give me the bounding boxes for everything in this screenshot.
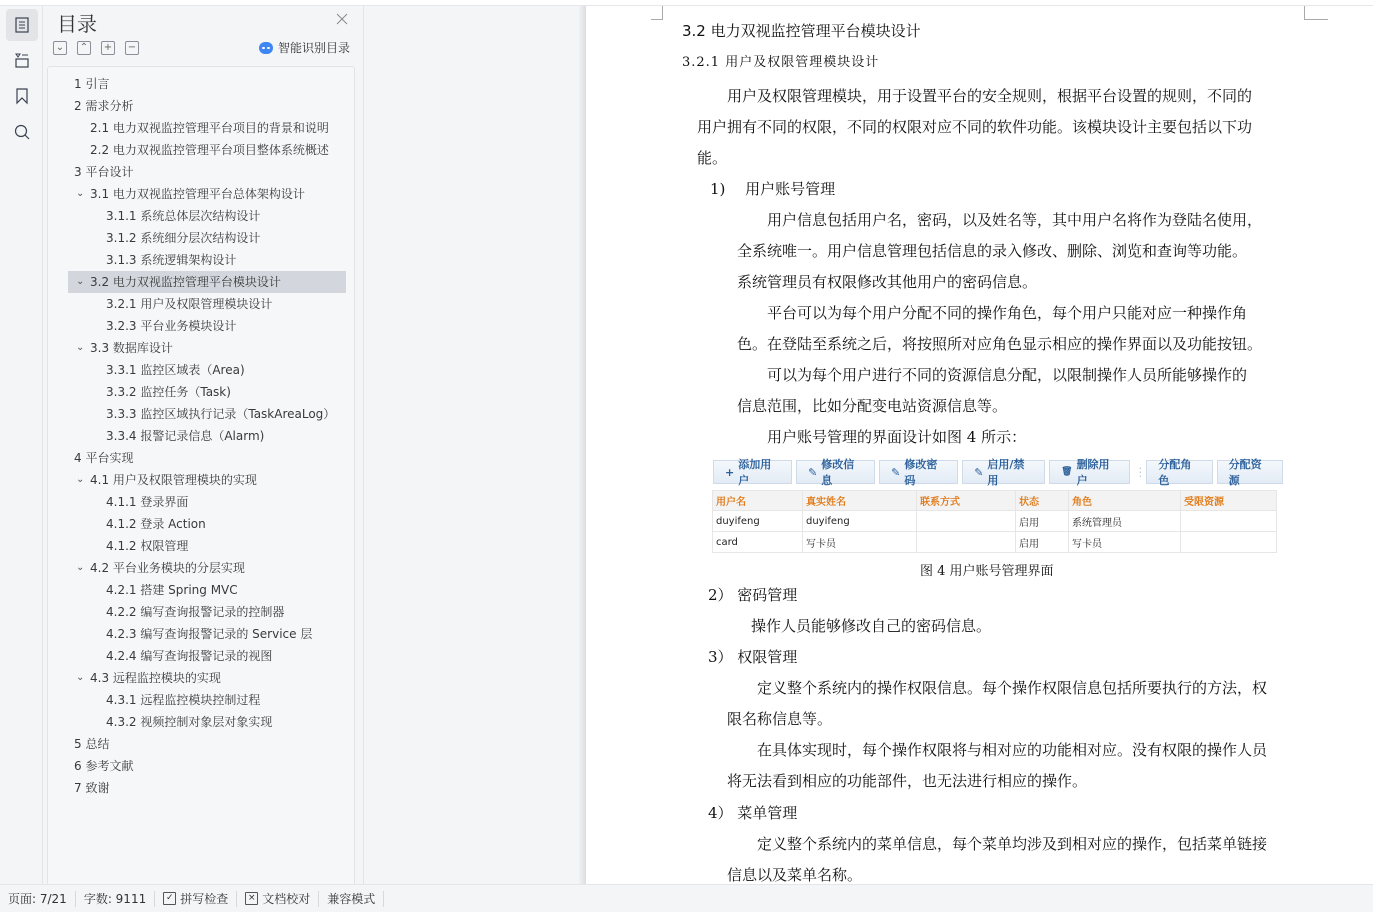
toc-panel: 目录 ⌄ ⌃ + − 智能识别目录 1 引言⌄2 需求分析2.1 电力双视监控管… (43, 6, 363, 884)
delete-user-button: 🗑删除用户 (1049, 460, 1130, 484)
assign-resource-button: 分配资源 (1217, 460, 1283, 484)
margin-corner-mark (1304, 6, 1328, 20)
section-1-paragraph-3: 可以为每个用户进行不同的资源信息分配，以限制操作人员所能够操作的 信息范围，比如… (737, 360, 1247, 422)
toc-item[interactable]: 4.3.2 视频控制对象层对象实现 (68, 711, 346, 733)
toc-item-label: 3.1 电力双视监控管理平台总体架构设计 (90, 187, 305, 201)
toc-item[interactable]: 4.2.3 编写查询报警记录的 Service 层 (68, 623, 346, 645)
section-3-title: 3） 权限管理 (708, 642, 797, 673)
section-2-paragraph: 操作人员能够修改自己的密码信息。 (721, 611, 991, 642)
chevron-down-icon[interactable]: ⌄ (76, 469, 84, 491)
toc-item[interactable]: 3.1.2 系统细分层次结构设计 (68, 227, 346, 249)
nav-rail (0, 6, 43, 884)
toc-item-label: 5 总结 (74, 737, 109, 751)
close-icon[interactable] (335, 12, 349, 26)
expand-all-button[interactable]: ⌄ (53, 41, 67, 55)
search-icon (13, 123, 31, 141)
spell-check-button[interactable]: ✓拼写检查 (155, 891, 237, 907)
table-cell: 启用 (1016, 532, 1069, 553)
figure-caption: 图 4 用户账号管理界面 (920, 560, 1054, 579)
chevron-down-icon[interactable]: ⌄ (76, 667, 84, 689)
outline-icon (13, 51, 31, 69)
text-line: 限名称信息等。 (727, 704, 1267, 735)
heading-3-2-1: 3.2.1 用户及权限管理模块设计 (682, 51, 879, 70)
edit-info-button: ✎修改信息 (796, 460, 875, 484)
section-4-paragraph: 定义整个系统内的菜单信息，每个菜单均涉及到相对应的操作，包括菜单链接 信息以及菜… (727, 829, 1267, 884)
section-1-paragraph-1: 用户信息包括用户名，密码，以及姓名等，其中用户名将作为登陆名使用， 全系统唯一。… (737, 205, 1262, 298)
toc-item-label: 4.2.2 编写查询报警记录的控制器 (106, 605, 284, 619)
toc-tree: 1 引言⌄2 需求分析2.1 电力双视监控管理平台项目的背景和说明2.2 电力双… (47, 66, 355, 886)
page-indicator[interactable]: 页面: 7/21 (0, 891, 76, 907)
toc-item[interactable]: 3.3.3 监控区域执行记录（TaskAreaLog） (68, 403, 346, 425)
proofread-label: 文档校对 (262, 890, 310, 907)
proofread-icon: × (245, 892, 258, 905)
toc-item-label: 3.1.2 系统细分层次结构设计 (106, 231, 260, 245)
text-line: 定义整个系统内的菜单信息，每个菜单均涉及到相对应的操作，包括菜单链接 (727, 829, 1267, 860)
toc-item[interactable]: 4.1.2 登录 Action (68, 513, 346, 535)
toc-item-label: 1 引言 (74, 77, 109, 91)
toc-item-label: 3.2.3 平台业务模块设计 (106, 319, 236, 333)
pencil-icon: ✎ (891, 466, 900, 479)
trash-icon: 🗑 (1061, 467, 1072, 477)
text-line: 色。在登陆至系统之后，将按照所对应角色显示相应的操作界面以及功能按钮。 (737, 329, 1262, 360)
table-cell: 写卡员 (1069, 532, 1181, 553)
toc-item-label: 6 参考文献 (74, 759, 133, 773)
add-user-button: +添加用户 (713, 460, 792, 484)
table-cell (1181, 532, 1277, 553)
user-table: 用户名 真实姓名 联系方式 状态 角色 受限资源 duyifeng duyife… (712, 490, 1277, 553)
toc-item-label: 3.3 数据库设计 (90, 341, 173, 355)
section-1-title: 1) 用户账号管理 (710, 174, 835, 205)
toc-item-label: 3.3.4 报警记录信息（Alarm) (106, 429, 264, 443)
spell-check-icon: ✓ (163, 892, 176, 905)
toc-item[interactable]: 4.1.2 权限管理 (68, 535, 346, 557)
section-3-paragraph-2: 在具体实现时，每个操作权限将与相对应的功能相对应。没有权限的操作人员 将无法看到… (727, 735, 1267, 797)
toc-item-label: 4.3 远程监控模块的实现 (90, 671, 221, 685)
toc-item[interactable]: ⌄3.3 数据库设计 (68, 337, 346, 359)
text-line: 在具体实现时，每个操作权限将与相对应的功能相对应。没有权限的操作人员 (727, 735, 1267, 766)
margin-corner-mark (651, 6, 663, 20)
toc-item-label: 2 需求分析 (74, 99, 133, 113)
table-cell: 写卡员 (803, 532, 917, 553)
text-line: 信息以及菜单名称。 (727, 860, 1267, 884)
spell-check-label: 拼写检查 (180, 890, 228, 907)
smart-toc-label: 智能识别目录 (278, 39, 350, 56)
toc-item[interactable]: 5 总结 (68, 733, 346, 755)
toc-item[interactable]: 4.3.1 远程监控模块控制过程 (68, 689, 346, 711)
toc-item[interactable]: ⌄4 平台实现 (68, 447, 346, 469)
toc-item[interactable]: 3.3.2 监控任务（Task) (68, 381, 346, 403)
pencil-icon: ✎ (808, 466, 817, 479)
toc-item[interactable]: 6 参考文献 (68, 755, 346, 777)
button-label: 添加用户 (738, 456, 780, 488)
text-line: 将无法看到相应的功能部件，也无法进行相应的操作。 (727, 766, 1267, 797)
table-cell: duyifeng (713, 511, 803, 532)
document-page[interactable]: 3.2 电力双视监控管理平台模块设计 3.2.1 用户及权限管理模块设计 用户及… (586, 6, 1373, 884)
page-count: 页面: 7/21 (8, 890, 67, 907)
text-line: 用户及权限管理模块，用于设置平台的安全规则，根据平台设置的规则，不同的 (697, 81, 1252, 112)
table-cell (917, 511, 1016, 532)
column-header: 角色 (1069, 491, 1181, 511)
toc-item-label: 2.2 电力双视监控管理平台项目整体系统概述 (90, 143, 329, 157)
figure-toolbar: +添加用户 ✎修改信息 ✎修改密码 ✎启用/禁用 🗑删除用户 ⋮ 分配角色 分配… (713, 458, 1283, 486)
text-line: 全系统唯一。用户信息管理包括信息的录入修改、删除、浏览和查询等功能。 (737, 236, 1262, 267)
add-heading-button[interactable]: + (101, 41, 115, 55)
toc-item-label: 3.3.3 监控区域执行记录（TaskAreaLog） (106, 407, 335, 421)
compat-mode-indicator[interactable]: 兼容模式 (319, 891, 384, 907)
section-4-title: 4） 菜单管理 (708, 798, 797, 829)
text-line: 平台可以为每个用户分配不同的操作角色，每个用户只能对应一种操作角 (737, 298, 1262, 329)
button-label: 启用/禁用 (987, 456, 1033, 488)
column-header: 受限资源 (1181, 491, 1277, 511)
plus-icon: + (725, 466, 734, 479)
toc-item[interactable]: 2.2 电力双视监控管理平台项目整体系统概述 (68, 139, 346, 161)
toc-item-label: 3.3.2 监控任务（Task) (106, 385, 231, 399)
toc-item-label: 4 平台实现 (74, 451, 133, 465)
heading-3-2: 3.2 电力双视监控管理平台模块设计 (682, 20, 921, 41)
toc-item[interactable]: ⌄4.2 平台业务模块的分层实现 (68, 557, 346, 579)
remove-heading-button[interactable]: − (125, 41, 139, 55)
toc-item[interactable]: 3.3.1 监控区域表（Area) (68, 359, 346, 381)
toc-item[interactable]: 4.2.2 编写查询报警记录的控制器 (68, 601, 346, 623)
button-label: 分配角色 (1158, 456, 1200, 488)
toc-item-label: 4.1.2 权限管理 (106, 539, 188, 553)
compat-mode-label: 兼容模式 (327, 890, 375, 907)
table-row: duyifeng duyifeng 启用 系统管理员 (713, 511, 1277, 532)
edit-password-button: ✎修改密码 (879, 460, 958, 484)
table-cell: card (713, 532, 803, 553)
button-label: 修改信息 (821, 456, 863, 488)
table-cell: duyifeng (803, 511, 917, 532)
button-label: 分配资源 (1229, 456, 1271, 488)
table-cell: 启用 (1016, 511, 1069, 532)
toc-item[interactable]: 1 引言 (68, 73, 346, 95)
proofread-button[interactable]: ×文档校对 (237, 891, 319, 907)
toolbar-separator: ⋮ (1134, 465, 1142, 479)
toc-item[interactable]: 4.2.4 编写查询报警记录的视图 (68, 645, 346, 667)
enable-disable-button: ✎启用/禁用 (962, 460, 1045, 484)
column-header: 联系方式 (917, 491, 1016, 511)
text-line: 用户拥有不同的权限，不同的权限对应不同的软件功能。该模块设计主要包括以下功 (697, 112, 1252, 143)
outline-rail-button[interactable] (6, 44, 38, 76)
section-2-title: 2） 密码管理 (708, 580, 797, 611)
toc-item[interactable]: 3.3.4 报警记录信息（Alarm) (68, 425, 346, 447)
toc-item-label: 4.1.2 登录 Action (106, 517, 206, 531)
canvas-background (364, 6, 586, 884)
toc-item-label: 4.2 平台业务模块的分层实现 (90, 561, 245, 575)
intro-paragraph: 用户及权限管理模块，用于设置平台的安全规则，根据平台设置的规则，不同的 用户拥有… (697, 81, 1252, 174)
toc-title: 目录 (57, 8, 97, 37)
column-header: 用户名 (713, 491, 803, 511)
button-label: 修改密码 (904, 456, 946, 488)
smart-toc-button[interactable]: 智能识别目录 (259, 39, 350, 56)
toc-item-label: 3 平台设计 (74, 165, 133, 179)
toc-item[interactable]: 4.2.1 搭建 Spring MVC (68, 579, 346, 601)
text-line: 可以为每个用户进行不同的资源信息分配，以限制操作人员所能够操作的 (737, 360, 1247, 391)
word-count-indicator[interactable]: 字数: 9111 (76, 891, 155, 907)
column-header: 真实姓名 (803, 491, 917, 511)
table-cell (917, 532, 1016, 553)
search-rail-button[interactable] (6, 116, 38, 148)
toc-item[interactable]: ⌄3.1 电力双视监控管理平台总体架构设计 (68, 183, 346, 205)
text-line: 定义整个系统内的操作权限信息。每个操作权限信息包括所要执行的方法，权 (727, 673, 1267, 704)
toc-toolbar: ⌄ ⌃ + − (53, 41, 139, 55)
toc-rail-button[interactable] (6, 9, 38, 41)
toc-item-label: 4.3.1 远程监控模块控制过程 (106, 693, 260, 707)
toc-item-label: 7 致谢 (74, 781, 109, 795)
toc-item[interactable]: 3.2.3 平台业务模块设计 (68, 315, 346, 337)
toc-item-label: 3.2 电力双视监控管理平台模块设计 (90, 275, 281, 289)
toc-item[interactable]: 3.2.1 用户及权限管理模块设计 (68, 293, 346, 315)
column-header: 状态 (1016, 491, 1069, 511)
toc-item-label: 2.1 电力双视监控管理平台项目的背景和说明 (90, 121, 329, 135)
section-1-paragraph-2: 平台可以为每个用户分配不同的操作角色，每个用户只能对应一种操作角 色。在登陆至系… (737, 298, 1262, 360)
toc-item-label: 4.2.1 搭建 Spring MVC (106, 583, 238, 597)
chevron-down-icon[interactable]: ⌄ (76, 557, 84, 579)
bookmark-rail-button[interactable] (6, 80, 38, 112)
toc-icon (13, 16, 31, 34)
table-cell (1181, 511, 1277, 532)
toc-item[interactable]: ⌄4.1 用户及权限管理模块的实现 (68, 469, 346, 491)
table-row: card 写卡员 启用 写卡员 (713, 532, 1277, 553)
toc-item-label: 3.1.3 系统逻辑架构设计 (106, 253, 236, 267)
toc-item[interactable]: ⌄2 需求分析 (68, 95, 346, 117)
text-line: 系统管理员有权限修改其他用户的密码信息。 (737, 267, 1262, 298)
text-line: 能。 (697, 143, 1252, 174)
toc-item-label: 4.1 用户及权限管理模块的实现 (90, 473, 257, 487)
chevron-down-icon[interactable]: ⌄ (76, 337, 84, 359)
toc-item-label: 3.1.1 系统总体层次结构设计 (106, 209, 260, 223)
toc-item[interactable]: 3.1.3 系统逻辑架构设计 (68, 249, 346, 271)
table-cell: 系统管理员 (1069, 511, 1181, 532)
toc-item-label: 3.2.1 用户及权限管理模块设计 (106, 297, 272, 311)
collapse-all-button[interactable]: ⌃ (77, 41, 91, 55)
bookmark-icon (13, 87, 31, 105)
toc-item-label: 4.1.1 登录界面 (106, 495, 188, 509)
status-bar: 页面: 7/21 字数: 9111 ✓拼写检查 ×文档校对 兼容模式 (0, 884, 1373, 912)
section-3-paragraph-1: 定义整个系统内的操作权限信息。每个操作权限信息包括所要执行的方法，权 限名称信息… (727, 673, 1267, 735)
chevron-down-icon[interactable]: ⌄ (76, 271, 84, 293)
toc-item[interactable]: ⌄3 平台设计 (68, 161, 346, 183)
chevron-down-icon[interactable]: ⌄ (76, 183, 84, 205)
toc-item[interactable]: ⌄4.3 远程监控模块的实现 (68, 667, 346, 689)
assign-role-button: 分配角色 (1146, 460, 1212, 484)
section-1-paragraph-4: 用户账号管理的界面设计如图 4 所示： (737, 422, 1026, 453)
toc-item[interactable]: 3.1.1 系统总体层次结构设计 (68, 205, 346, 227)
pencil-icon: ✎ (974, 466, 983, 479)
toc-item[interactable]: 7 致谢 (68, 777, 346, 799)
toc-item[interactable]: ⌄3.2 电力双视监控管理平台模块设计 (68, 271, 346, 293)
word-count: 字数: 9111 (84, 890, 146, 907)
text-line: 用户信息包括用户名，密码，以及姓名等，其中用户名将作为登陆名使用， (737, 205, 1262, 236)
toc-item-label: 4.2.4 编写查询报警记录的视图 (106, 649, 272, 663)
toc-item-label: 4.2.3 编写查询报警记录的 Service 层 (106, 627, 312, 641)
toc-item[interactable]: 2.1 电力双视监控管理平台项目的背景和说明 (68, 117, 346, 139)
text-line: 信息范围，比如分配变电站资源信息等。 (737, 391, 1247, 422)
toc-item-label: 4.3.2 视频控制对象层对象实现 (106, 715, 272, 729)
toc-item[interactable]: 4.1.1 登录界面 (68, 491, 346, 513)
page-shadow (578, 6, 586, 884)
button-label: 删除用户 (1077, 456, 1119, 488)
toc-item-label: 3.3.1 监控区域表（Area) (106, 363, 245, 377)
smart-toc-icon (259, 42, 273, 54)
